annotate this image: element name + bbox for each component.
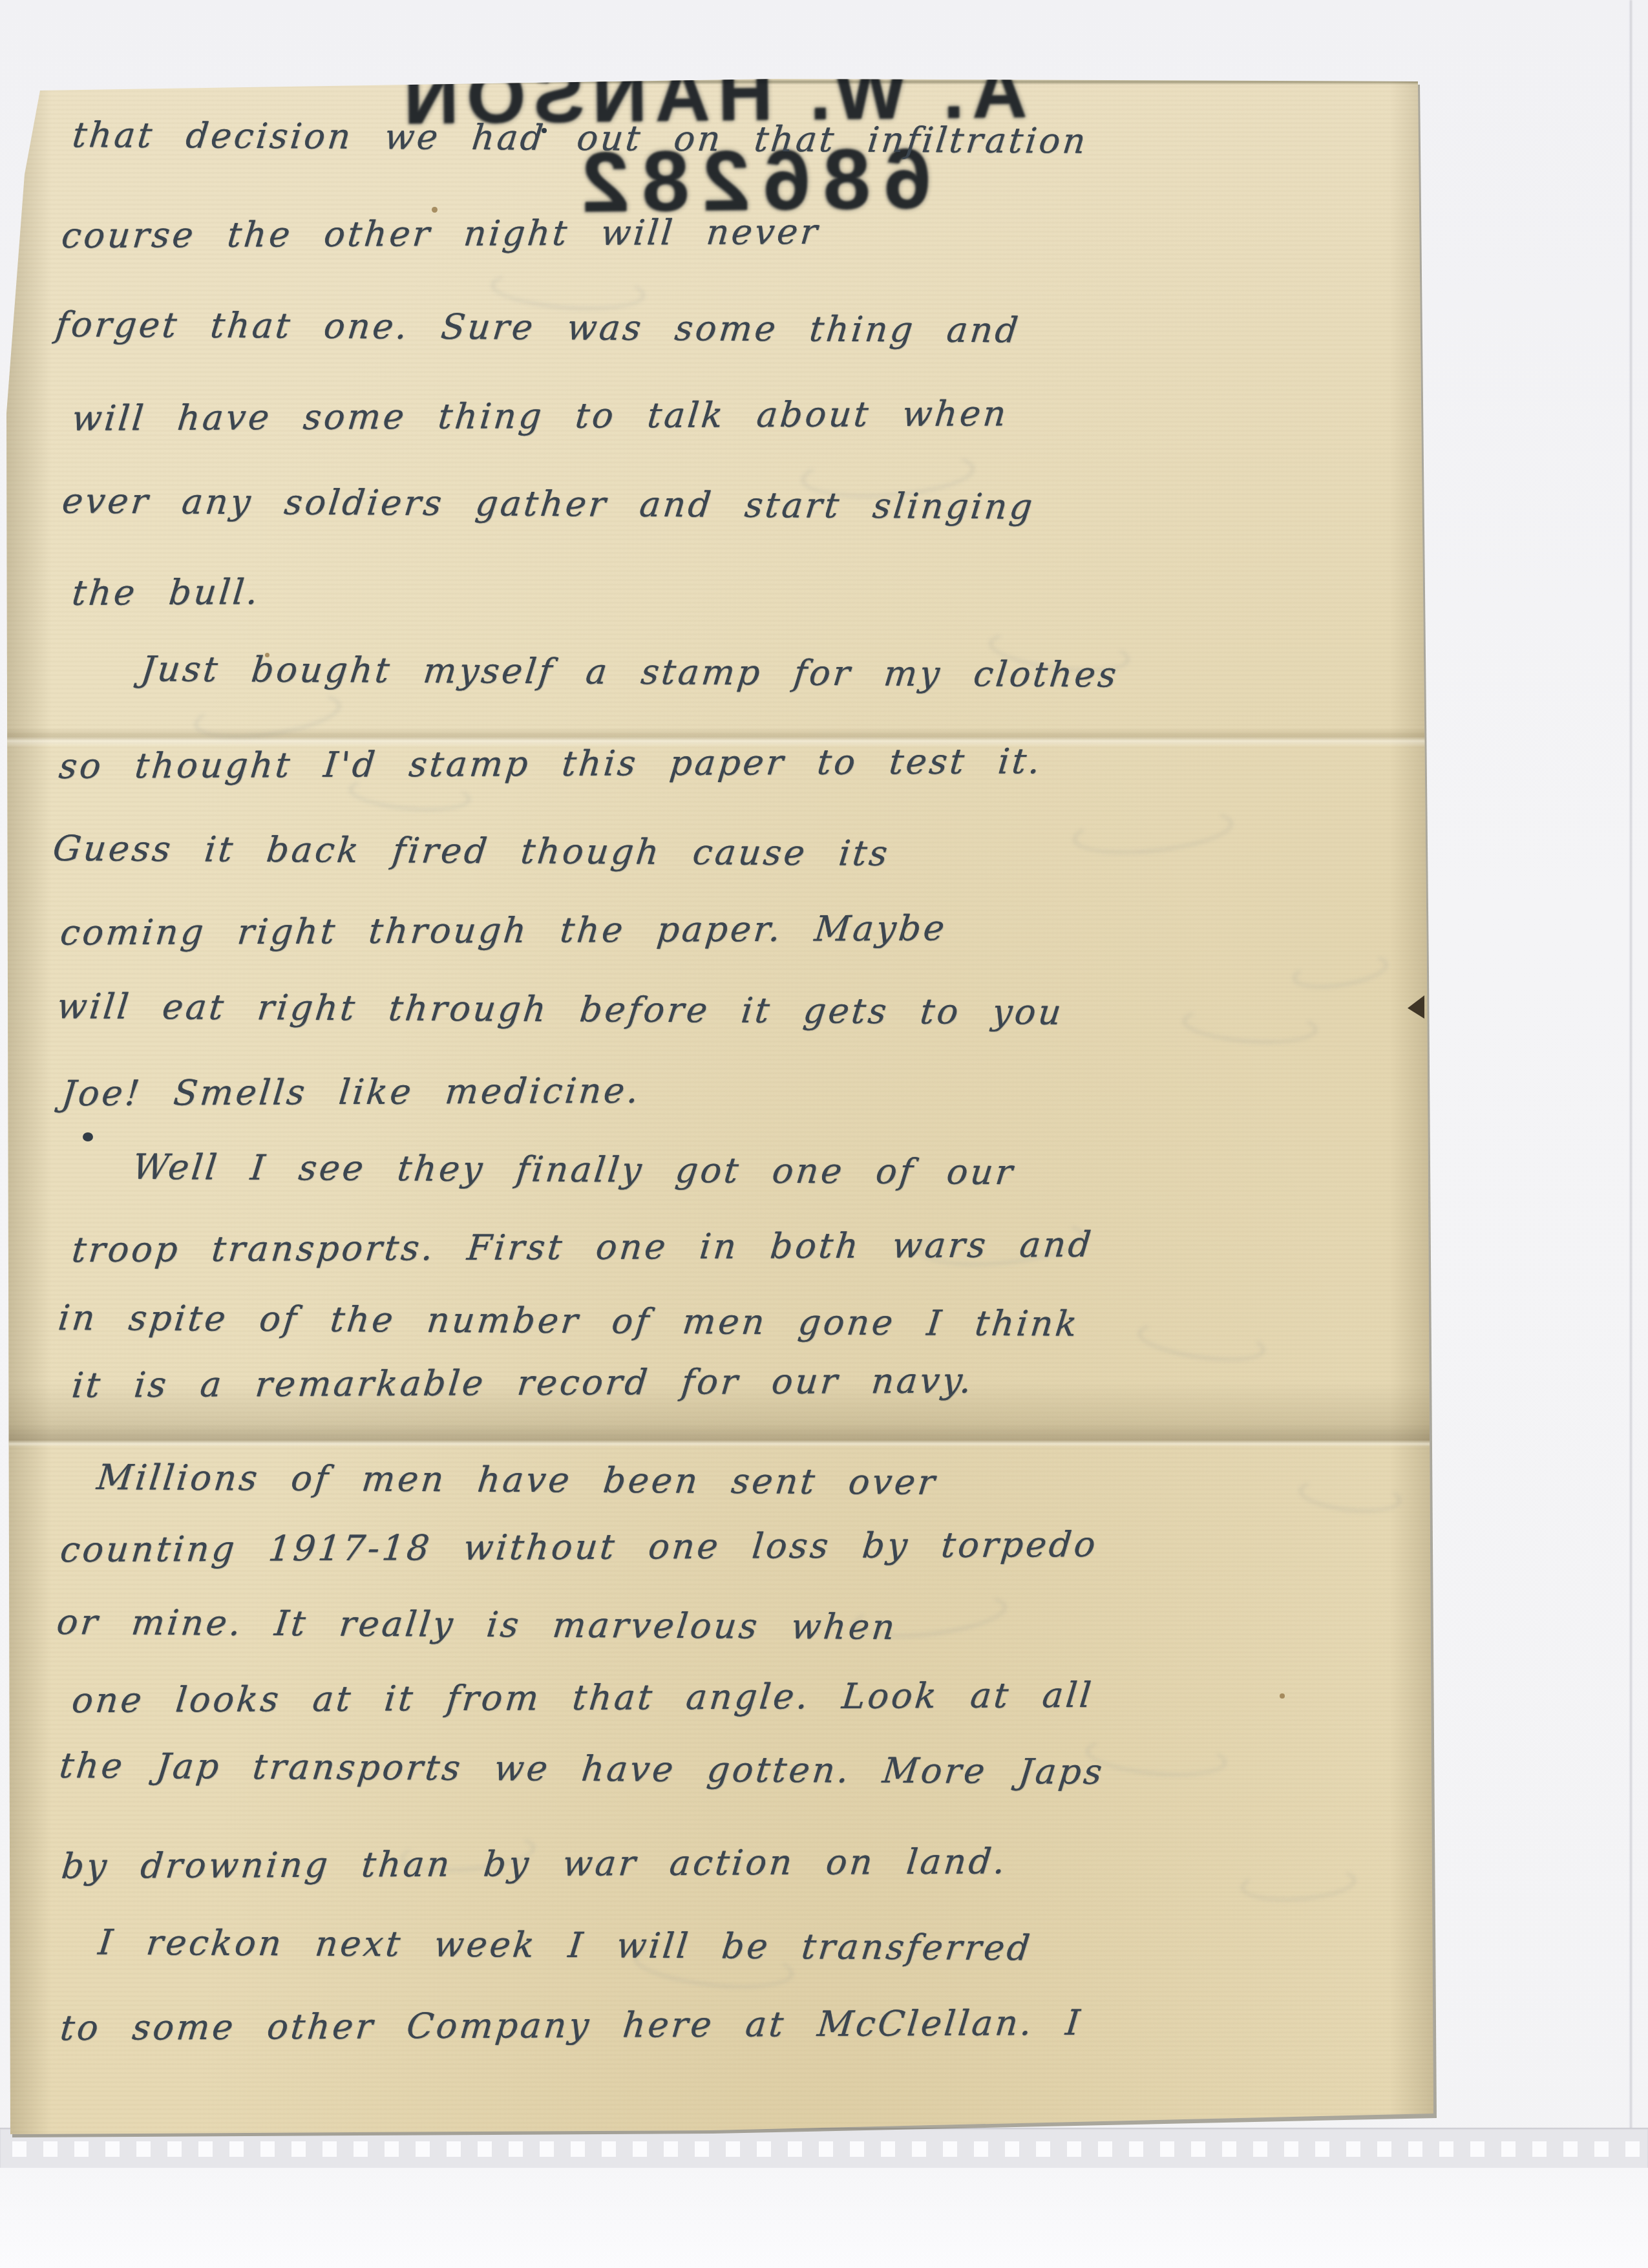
handwriting-line: the Jap transports we have gotten. More … — [58, 1745, 1106, 1792]
sleeve-background — [0, 2168, 1648, 2268]
handwriting-line: counting 1917-18 without one loss by tor… — [58, 1524, 1099, 1570]
letter-page: A. W. HANSON 686282 that decision we had… — [0, 0, 1648, 2268]
handwriting-line: one looks at it from that angle. Look at… — [70, 1675, 1095, 1721]
handwriting-line: Well I see they finally got one of our — [131, 1147, 1017, 1192]
handwriting-line: I reckon next week I will be transferred — [96, 1922, 1035, 1969]
handwriting-line: in spite of the number of men gone I thi… — [56, 1297, 1082, 1344]
handwriting-line: Millions of men have been sent over — [95, 1457, 940, 1503]
ink-bleedthrough-mark — [1071, 803, 1234, 860]
handwriting-line: Guess it back fired though cause its — [51, 828, 892, 874]
scanned-letter-page: A. W. HANSON 686282 that decision we had… — [0, 0, 1648, 2268]
handwriting-line: Joe! Smells like medicine. — [60, 1070, 643, 1114]
handwriting-line: it is a remarkable record for our navy. — [70, 1360, 975, 1405]
handwriting-line: course the other night will never — [60, 211, 822, 256]
handwriting-line: Just bought myself a stamp for my clothe… — [139, 648, 1121, 695]
sleeve-fold-line — [1630, 0, 1632, 2268]
handwriting-line: or mine. It really is marvelous when — [55, 1602, 900, 1648]
foxing-speck — [1280, 1693, 1285, 1699]
ink-bleedthrough-mark — [1298, 1475, 1402, 1516]
handwriting-line: troop transports. First one in both wars… — [70, 1224, 1095, 1270]
ink-bleedthrough-mark — [1240, 1864, 1357, 1904]
ink-blot — [83, 1132, 93, 1141]
handwriting-line: will eat right through before it gets to… — [55, 986, 1066, 1033]
ink-bleedthrough-mark — [1291, 949, 1389, 994]
ink-bleedthrough-mark — [1181, 1004, 1318, 1047]
paper-left-edge-shading — [0, 84, 52, 2136]
ink-bleedthrough-mark — [1136, 1316, 1267, 1367]
handwriting-line: ever any soldiers gather and start sling… — [60, 480, 1037, 527]
handwriting-line: will have some thing to talk about when — [70, 393, 1010, 439]
handwriting-line: the bull. — [70, 571, 262, 613]
handwriting-line: that decision we had out on that infiltr… — [70, 114, 1090, 162]
handwriting-line: forget that one. Sure was some thing and — [54, 304, 1022, 350]
ink-bleedthrough-mark — [1084, 1733, 1228, 1781]
handwriting-line: so thought I'd stamp this paper to test … — [57, 741, 1044, 787]
handwriting-line: by drowning than by war action on land. — [59, 1841, 1009, 1887]
handwriting-line: to some other Company here at McClellan.… — [58, 2002, 1084, 2048]
handwriting-line: coming right through the paper. Maybe — [58, 907, 949, 953]
